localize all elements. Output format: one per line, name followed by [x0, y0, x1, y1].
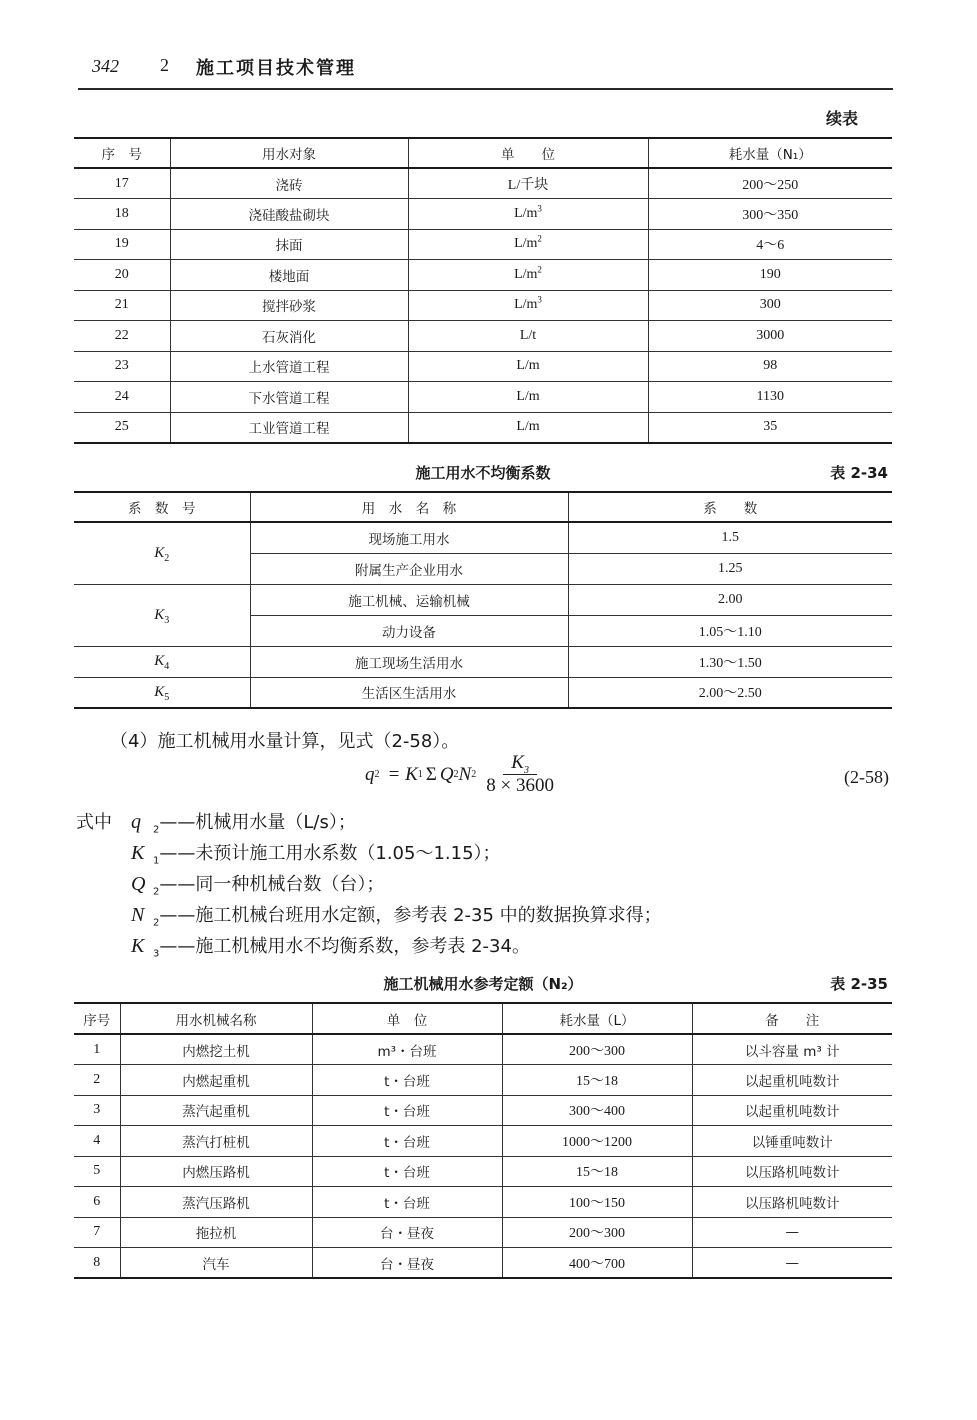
table-header-row: 系 数 号 用 水 名 称 系 数	[74, 492, 892, 522]
cell-amount: 3000	[648, 321, 892, 352]
cell-amount: 300～350	[648, 199, 892, 230]
cell-machine-name: 蒸汽打桩机	[120, 1126, 312, 1157]
def-symbol: Q	[131, 870, 153, 898]
table-2-34-title: 施工用水不均衡系数	[74, 462, 892, 483]
definition-row: Q2——同一种机械台数（台）；	[76, 870, 662, 901]
col-header-unit: 单 位	[408, 138, 648, 168]
water-consumption-table-continued: 序 号 用水对象 单 位 耗水量（N₁） 17 浇砖 L/千块 200～250 …	[74, 137, 892, 444]
cell-object: 石灰消化	[170, 321, 408, 352]
formula-n: N	[459, 764, 472, 786]
cell-unit: L/m2	[408, 229, 648, 260]
def-text: ——机械用水量（L/s）；	[159, 812, 355, 833]
k-symbol: K	[154, 684, 164, 700]
unit-text: L/m	[516, 419, 539, 434]
cell-note: —	[692, 1217, 892, 1248]
formula-sigma: Σ	[426, 764, 437, 786]
cell-object: 工业管道工程	[170, 412, 408, 443]
cell-no: 5	[74, 1156, 120, 1187]
nonuniform-coefficient-table: 系 数 号 用 水 名 称 系 数 K2 现场施工用水 1.5 附属生产企业用水…	[74, 491, 892, 709]
cell-usage-name: 动力设备	[250, 615, 568, 646]
cell-no: 2	[74, 1065, 120, 1096]
def-text: ——未预计施工用水系数（1.05～1.15）；	[159, 843, 500, 864]
chapter-number: 2	[160, 55, 169, 76]
def-symbol: K	[131, 932, 153, 960]
cell-amount: 4～6	[648, 229, 892, 260]
cell-unit: 台・昼夜	[312, 1248, 502, 1279]
cell-amount: 190	[648, 260, 892, 291]
cell-object: 浇砖	[170, 168, 408, 199]
table-row: 1 内燃挖土机 m³・台班 200～300 以斗容量 m³ 计	[74, 1034, 892, 1065]
cell-unit: L/m	[408, 412, 648, 443]
cell-k2: K2	[74, 522, 250, 584]
table-row: 20 楼地面 L/m2 190	[74, 260, 892, 291]
cell-no: 8	[74, 1248, 120, 1279]
cell-usage-name: 现场施工用水	[250, 522, 568, 553]
definition-row: K3——施工机械用水不均衡系数，参考表 2-34。	[76, 932, 662, 963]
cell-amount: 15～18	[502, 1156, 692, 1187]
cell-no: 20	[74, 260, 170, 291]
cell-machine-name: 内燃压路机	[120, 1156, 312, 1187]
cell-note: 以斗容量 m³ 计	[692, 1034, 892, 1065]
cell-note: —	[692, 1248, 892, 1279]
unit-text: L/m	[514, 206, 537, 221]
col-header-amount: 耗水量（L）	[502, 1003, 692, 1034]
continued-label: 续表	[826, 106, 858, 129]
formula-2-58: q2 = K1 Σ Q2 N2 K3 8 × 3600	[365, 752, 554, 797]
table-row: 18 浇硅酸盐砌块 L/m3 300～350	[74, 199, 892, 230]
k-symbol: K	[154, 653, 164, 669]
cell-object: 浇硅酸盐砌块	[170, 199, 408, 230]
cell-unit: t・台班	[312, 1065, 502, 1096]
cell-object: 上水管道工程	[170, 351, 408, 382]
cell-unit: L/千块	[408, 168, 648, 199]
unit-superscript: 3	[537, 203, 542, 213]
cell-amount: 300～400	[502, 1095, 692, 1126]
def-text: ——同一种机械台数（台）；	[159, 874, 384, 895]
cell-amount: 15～18	[502, 1065, 692, 1096]
k-symbol: K	[154, 607, 164, 623]
cell-no: 24	[74, 382, 170, 413]
k-subscript: 5	[164, 692, 169, 703]
cell-amount: 100～150	[502, 1187, 692, 1218]
cell-no: 18	[74, 199, 170, 230]
col-header-usage-name: 用 水 名 称	[250, 492, 568, 522]
cell-coefficient: 1.30～1.50	[568, 646, 892, 677]
table-row: 7 拖拉机 台・昼夜 200～300 —	[74, 1217, 892, 1248]
cell-usage-name: 施工现场生活用水	[250, 646, 568, 677]
definition-row: N2——施工机械台班用水定额，参考表 2-35 中的数据换算求得；	[76, 901, 662, 932]
numerator-k: K	[511, 752, 524, 773]
table-header-row: 序号 用水机械名称 单 位 耗水量（L） 备 注	[74, 1003, 892, 1034]
table-2-35-title: 施工机械用水参考定额（N₂）	[74, 973, 892, 994]
cell-object: 搅拌砂浆	[170, 290, 408, 321]
cell-no: 23	[74, 351, 170, 382]
k-subscript: 3	[164, 614, 169, 625]
cell-no: 1	[74, 1034, 120, 1065]
cell-usage-name: 施工机械、运输机械	[250, 584, 568, 615]
cell-coefficient: 1.05～1.10	[568, 615, 892, 646]
table-row: 22 石灰消化 L/t 3000	[74, 321, 892, 352]
col-header-coef-no: 系 数 号	[74, 492, 250, 522]
cell-amount: 1130	[648, 382, 892, 413]
machine-water-quota-table: 序号 用水机械名称 单 位 耗水量（L） 备 注 1 内燃挖土机 m³・台班 2…	[74, 1002, 892, 1279]
k-subscript: 2	[164, 553, 169, 564]
cell-machine-name: 拖拉机	[120, 1217, 312, 1248]
cell-k4: K4	[74, 646, 250, 677]
table-row: 4 蒸汽打桩机 t・台班 1000～1200 以锤重吨数计	[74, 1126, 892, 1157]
unit-text: L/t	[520, 328, 536, 343]
cell-no: 6	[74, 1187, 120, 1218]
cell-unit: t・台班	[312, 1187, 502, 1218]
formula-q: Q	[440, 764, 454, 786]
formula-lhs: q	[365, 764, 375, 786]
k-subscript: 4	[164, 661, 169, 672]
definitions-lead: 式中	[76, 809, 131, 837]
cell-no: 17	[74, 168, 170, 199]
cell-note: 以锤重吨数计	[692, 1126, 892, 1157]
cell-coefficient: 2.00	[568, 584, 892, 615]
cell-unit: t・台班	[312, 1095, 502, 1126]
table-row: 6 蒸汽压路机 t・台班 100～150 以压路机吨数计	[74, 1187, 892, 1218]
cell-no: 4	[74, 1126, 120, 1157]
cell-k3: K3	[74, 584, 250, 646]
page-header: 342 2 施工项目技术管理	[78, 52, 893, 90]
unit-text: L/m	[514, 267, 537, 282]
table-row: 2 内燃起重机 t・台班 15～18 以起重机吨数计	[74, 1065, 892, 1096]
cell-unit: L/t	[408, 321, 648, 352]
cell-machine-name: 内燃挖土机	[120, 1034, 312, 1065]
unit-text: L/m	[516, 389, 539, 404]
cell-usage-name: 生活区生活用水	[250, 677, 568, 708]
table-row: K3 施工机械、运输机械 2.00	[74, 584, 892, 615]
unit-text: L/m	[516, 358, 539, 373]
def-symbol: N	[131, 901, 153, 929]
table-2-35-caption: 施工机械用水参考定额（N₂） 表 2-35	[74, 973, 892, 997]
cell-no: 7	[74, 1217, 120, 1248]
cell-no: 21	[74, 290, 170, 321]
cell-no: 19	[74, 229, 170, 260]
cell-unit: L/m3	[408, 290, 648, 321]
unit-text: L/m	[514, 236, 537, 251]
col-header-amount: 耗水量（N₁）	[648, 138, 892, 168]
cell-note: 以压路机吨数计	[692, 1187, 892, 1218]
cell-machine-name: 蒸汽起重机	[120, 1095, 312, 1126]
table-row: 21 搅拌砂浆 L/m3 300	[74, 290, 892, 321]
col-header-no: 序号	[74, 1003, 120, 1034]
cell-object: 楼地面	[170, 260, 408, 291]
table-row: K4 施工现场生活用水 1.30～1.50	[74, 646, 892, 677]
cell-no: 22	[74, 321, 170, 352]
table-row: 24 下水管道工程 L/m 1130	[74, 382, 892, 413]
cell-amount: 200～250	[648, 168, 892, 199]
formula-definitions: 式中q2——机械用水量（L/s）； K1——未预计施工用水系数（1.05～1.1…	[76, 808, 662, 963]
cell-amount: 400～700	[502, 1248, 692, 1279]
cell-note: 以起重机吨数计	[692, 1095, 892, 1126]
table-row: 19 抹面 L/m2 4～6	[74, 229, 892, 260]
col-header-no: 序 号	[74, 138, 170, 168]
unit-superscript: 2	[537, 234, 542, 244]
cell-coefficient: 1.5	[568, 522, 892, 553]
cell-usage-name: 附属生产企业用水	[250, 553, 568, 584]
table-2-34-number: 表 2-34	[830, 462, 888, 483]
cell-object: 下水管道工程	[170, 382, 408, 413]
section-paragraph: （4）施工机械用水量计算，见式（2-58）。	[110, 727, 459, 753]
def-symbol: K	[131, 839, 153, 867]
table-row: 25 工业管道工程 L/m 35	[74, 412, 892, 443]
cell-coefficient: 2.00～2.50	[568, 677, 892, 708]
cell-unit: m³・台班	[312, 1034, 502, 1065]
formula-k1: = K	[388, 764, 418, 786]
formula-denominator: 8 × 3600	[486, 775, 554, 797]
cell-amount: 35	[648, 412, 892, 443]
cell-amount: 200～300	[502, 1034, 692, 1065]
cell-machine-name: 蒸汽压路机	[120, 1187, 312, 1218]
k-symbol: K	[154, 545, 164, 561]
col-header-coefficient: 系 数	[568, 492, 892, 522]
table-row: 3 蒸汽起重机 t・台班 300～400 以起重机吨数计	[74, 1095, 892, 1126]
definition-row: K1——未预计施工用水系数（1.05～1.15）；	[76, 839, 662, 870]
table-header-row: 序 号 用水对象 单 位 耗水量（N₁）	[74, 138, 892, 168]
def-text: ——施工机械台班用水定额，参考表 2-35 中的数据换算求得；	[159, 905, 661, 926]
def-text: ——施工机械用水不均衡系数，参考表 2-34。	[159, 936, 530, 957]
cell-unit: t・台班	[312, 1156, 502, 1187]
cell-unit: t・台班	[312, 1126, 502, 1157]
cell-machine-name: 内燃起重机	[120, 1065, 312, 1096]
table-2-34-caption: 施工用水不均衡系数 表 2-34	[74, 462, 892, 486]
col-header-machine-name: 用水机械名称	[120, 1003, 312, 1034]
cell-machine-name: 汽车	[120, 1248, 312, 1279]
cell-unit: L/m2	[408, 260, 648, 291]
table-row: 8 汽车 台・昼夜 400～700 —	[74, 1248, 892, 1279]
cell-amount: 1000～1200	[502, 1126, 692, 1157]
formula-numerator: K3	[503, 752, 537, 775]
formula-fraction: K3 8 × 3600	[486, 752, 554, 797]
table-row: K5 生活区生活用水 2.00～2.50	[74, 677, 892, 708]
cell-unit: L/m	[408, 382, 648, 413]
table-row: 17 浇砖 L/千块 200～250	[74, 168, 892, 199]
cell-unit: 台・昼夜	[312, 1217, 502, 1248]
unit-superscript: 2	[537, 264, 542, 274]
table-row: 23 上水管道工程 L/m 98	[74, 351, 892, 382]
col-header-object: 用水对象	[170, 138, 408, 168]
table-row: 5 内燃压路机 t・台班 15～18 以压路机吨数计	[74, 1156, 892, 1187]
cell-note: 以起重机吨数计	[692, 1065, 892, 1096]
cell-no: 3	[74, 1095, 120, 1126]
cell-object: 抹面	[170, 229, 408, 260]
cell-amount: 200～300	[502, 1217, 692, 1248]
def-symbol: q	[131, 808, 153, 836]
unit-text: L/千块	[508, 178, 548, 193]
cell-unit: L/m	[408, 351, 648, 382]
page-number: 342	[92, 56, 119, 77]
unit-superscript: 3	[537, 295, 542, 305]
chapter-title: 施工项目技术管理	[196, 54, 356, 80]
cell-note: 以压路机吨数计	[692, 1156, 892, 1187]
cell-amount: 98	[648, 351, 892, 382]
col-header-unit: 单 位	[312, 1003, 502, 1034]
formula-number: (2-58)	[844, 767, 889, 788]
cell-unit: L/m3	[408, 199, 648, 230]
continued-caption: 续表	[74, 106, 892, 130]
cell-k5: K5	[74, 677, 250, 708]
cell-coefficient: 1.25	[568, 553, 892, 584]
cell-no: 25	[74, 412, 170, 443]
definition-row: 式中q2——机械用水量（L/s）；	[76, 808, 662, 839]
unit-text: L/m	[514, 297, 537, 312]
table-2-35-number: 表 2-35	[830, 973, 888, 994]
col-header-note: 备 注	[692, 1003, 892, 1034]
cell-amount: 300	[648, 290, 892, 321]
table-row: K2 现场施工用水 1.5	[74, 522, 892, 553]
